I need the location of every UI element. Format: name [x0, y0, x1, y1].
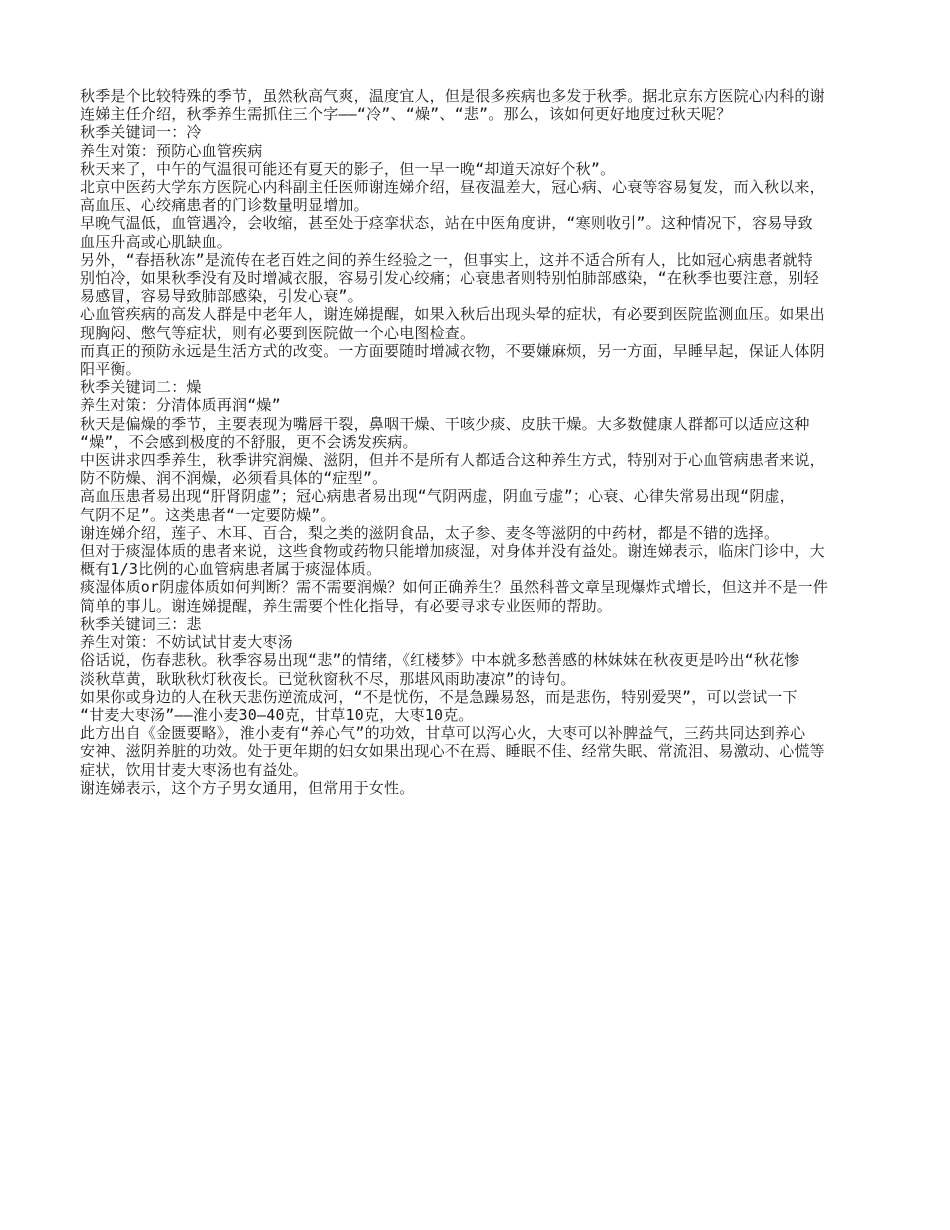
text-line: 如果你或身边的人在秋天悲伤逆流成河，“不是忧伤，不是急躁易怒，而是悲伤，特别爱哭…: [80, 688, 880, 706]
text-line: 简单的事儿。谢连娣提醒，养生需要个性化指导，有必要寻求专业医师的帮助。: [80, 597, 880, 615]
text-line: 而真正的预防永远是生活方式的改变。一方面要随时增减衣物，不要嫌麻烦，另一方面，早…: [80, 342, 880, 360]
text-line: 概有1/3比例的心血管病患者属于痰湿体质。: [80, 560, 880, 578]
text-line: 心血管疾病的高发人群是中老年人，谢连娣提醒，如果入秋后出现头晕的症状，有必要到医…: [80, 305, 880, 323]
text-line: 安神、滋阴养脏的功效。处于更年期的妇女如果出现心不在焉、睡眠不佳、经常失眠、常流…: [80, 742, 880, 760]
text-line: 早晚气温低，血管遇冷，会收缩，甚至处于痉挛状态，站在中医角度讲，“寒则收引”。这…: [80, 214, 880, 232]
text-line: “燥”，不会感到极度的不舒服，更不会诱发疾病。: [80, 433, 880, 451]
text-line: 痰湿体质or阴虚体质如何判断？需不需要润燥？如何正确养生？虽然科普文章呈现爆炸式…: [80, 578, 880, 596]
text-line: 别怕冷，如果秋季没有及时增减衣服，容易引发心绞痛；心衰患者则特别怕肺部感染，“在…: [80, 269, 880, 287]
text-line: 症状，饮用甘麦大枣汤也有益处。: [80, 761, 880, 779]
text-line: 中医讲求四季养生，秋季讲究润燥、滋阴，但并不是所有人都适合这种养生方式，特别对于…: [80, 451, 880, 469]
text-line: 秋天是偏燥的季节，主要表现为嘴唇干裂，鼻咽干燥、干咳少痰、皮肤干燥。大多数健康人…: [80, 415, 880, 433]
text-line: 俗话说，伤春悲秋。秋季容易出现“悲”的情绪，《红楼梦》中本就多愁善感的林妹妹在秋…: [80, 651, 880, 669]
text-line: 秋季关键词三：悲: [80, 615, 880, 633]
text-line: 阳平衡。: [80, 360, 880, 378]
article-text-block: 秋季是个比较特殊的季节，虽然秋高气爽，温度宜人，但是很多疾病也多发于秋季。据北京…: [80, 87, 880, 797]
text-line: 谢连娣介绍，莲子、木耳、百合，梨之类的滋阴食品，太子参、麦冬等滋阴的中药材，都是…: [80, 524, 880, 542]
text-line: 秋季关键词一：冷: [80, 123, 880, 141]
text-line: 高血压、心绞痛患者的门诊数量明显增加。: [80, 196, 880, 214]
page: { "page": { "background_color": "#ffffff…: [0, 0, 950, 1230]
text-line: 淡秋草黄，耿耿秋灯秋夜长。已觉秋窗秋不尽，那堪风雨助凄凉”的诗句。: [80, 670, 880, 688]
text-line: 秋天来了，中午的气温很可能还有夏天的影子，但一早一晚“却道天凉好个秋”。: [80, 160, 880, 178]
text-line: 秋季是个比较特殊的季节，虽然秋高气爽，温度宜人，但是很多疾病也多发于秋季。据北京…: [80, 87, 880, 105]
text-line: 连娣主任介绍，秋季养生需抓住三个字——“冷”、“燥”、“悲”。那么，该如何更好地…: [80, 105, 880, 123]
text-line: 血压升高或心肌缺血。: [80, 233, 880, 251]
text-line: 养生对策：分清体质再润“燥”: [80, 396, 880, 414]
text-line: 防不防燥、润不润燥，必须看具体的“症型”。: [80, 469, 880, 487]
text-line: 此方出自《金匮要略》，淮小麦有“养心气”的功效，甘草可以泻心火，大枣可以补脾益气…: [80, 724, 880, 742]
text-line: 气阴不足”。这类患者“一定要防燥”。: [80, 506, 880, 524]
text-line: 易感冒，容易导致肺部感染，引发心衰”。: [80, 287, 880, 305]
text-line: 养生对策：预防心血管疾病: [80, 142, 880, 160]
text-line: “甘麦大枣汤”——淮小麦30—40克，甘草10克，大枣10克。: [80, 706, 880, 724]
text-line: 高血压患者易出现“肝肾阴虚”；冠心病患者易出现“气阴两虚，阴血亏虚”；心衰、心律…: [80, 487, 880, 505]
text-line: 北京中医药大学东方医院心内科副主任医师谢连娣介绍，昼夜温差大，冠心病、心衰等容易…: [80, 178, 880, 196]
text-line: 另外，“春捂秋冻”是流传在老百姓之间的养生经验之一，但事实上，这并不适合所有人，…: [80, 251, 880, 269]
text-line: 养生对策：不妨试试甘麦大枣汤: [80, 633, 880, 651]
text-line: 现胸闷、憋气等症状，则有必要到医院做一个心电图检查。: [80, 324, 880, 342]
text-line: 谢连娣表示，这个方子男女通用，但常用于女性。: [80, 779, 880, 797]
text-line: 秋季关键词二：燥: [80, 378, 880, 396]
text-line: 但对于痰湿体质的患者来说，这些食物或药物只能增加痰湿，对身体并没有益处。谢连娣表…: [80, 542, 880, 560]
